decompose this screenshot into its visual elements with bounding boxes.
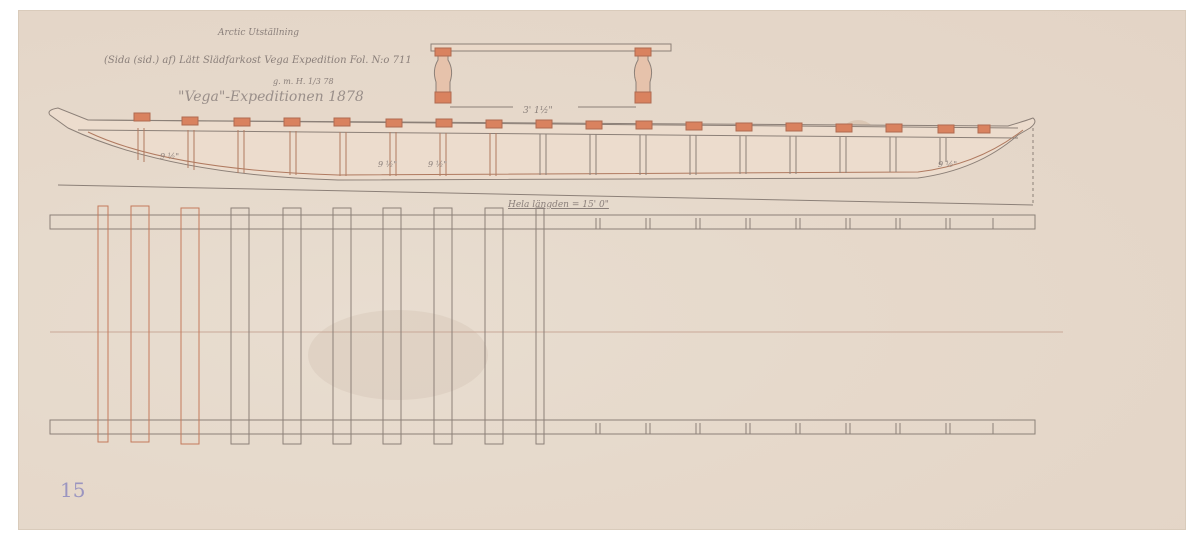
title-line: (Sida (sid.) af) Lätt Slädfarkost Vega E… — [104, 55, 412, 66]
spacing-dimension: 9 ½" — [378, 160, 397, 169]
technical-drawing — [18, 10, 1186, 530]
spacing-dimension: 9 ½" — [938, 160, 957, 169]
spacing-dimension: 9 ½" — [160, 152, 179, 161]
side-elevation-view — [49, 108, 1035, 205]
header-note: Arctic Utställning — [218, 28, 299, 38]
archive-mark: 15 — [60, 478, 85, 502]
cross-section-view — [431, 44, 671, 107]
date-line: g. m. H. 1/3 78 — [273, 77, 334, 86]
expedition-title: "Vega"-Expeditionen 1878 — [178, 89, 364, 105]
plan-view — [50, 206, 1063, 444]
total-length-label: Hela längden = 15' 0" — [508, 200, 609, 210]
cross-section-width-label: 3' 1½" — [523, 106, 553, 116]
drawing-sheet: Arctic Utställning (Sida (sid.) af) Lätt… — [18, 10, 1186, 530]
spacing-dimension: 9 ½" — [428, 160, 447, 169]
